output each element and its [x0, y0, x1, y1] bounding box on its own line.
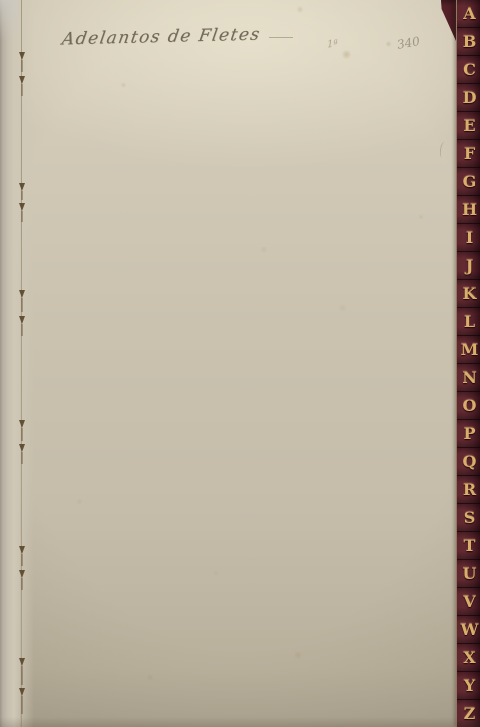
index-tab-letter: K — [463, 286, 477, 302]
index-tab-letter: I — [466, 230, 473, 246]
foxing-stain — [338, 304, 347, 312]
handwritten-title: Adelantos de Fletes — [61, 25, 263, 50]
index-tab-letter: T — [464, 538, 476, 554]
index-tab-e[interactable]: E — [457, 111, 480, 139]
title-flourish-dash — [269, 37, 293, 38]
foxing-stain — [385, 41, 392, 47]
index-tab-l[interactable]: L — [457, 307, 480, 335]
index-tab-letter: C — [463, 62, 476, 78]
pencil-mark-folio-small: 1ª — [327, 39, 339, 51]
index-tab-letter: P — [463, 426, 475, 442]
index-tab-letter: A — [463, 6, 475, 22]
index-tab-x[interactable]: X — [457, 643, 480, 671]
index-tab-h[interactable]: H — [457, 195, 480, 223]
index-tab-g[interactable]: G — [457, 167, 480, 195]
index-tab-r[interactable]: R — [457, 475, 480, 503]
index-tab-t[interactable]: T — [457, 531, 480, 559]
ledger-page-paper — [0, 0, 480, 727]
index-tab-letter: E — [463, 118, 475, 134]
index-tab-m[interactable]: M — [457, 335, 480, 363]
index-tab-i[interactable]: I — [457, 223, 480, 251]
index-tab-p[interactable]: P — [457, 419, 480, 447]
index-tab-letter: Y — [464, 678, 475, 694]
index-tab-letter: D — [463, 90, 477, 106]
index-tab-letter: Q — [463, 454, 477, 470]
foxing-stain — [213, 570, 219, 576]
index-tab-n[interactable]: N — [457, 363, 480, 391]
index-tab-letter: S — [464, 510, 476, 526]
page-heading: Adelantos de Fletes — [62, 27, 293, 47]
index-tab-a[interactable]: A — [457, 0, 480, 27]
index-tab-letter: N — [462, 370, 477, 386]
index-tab-s[interactable]: S — [457, 503, 480, 531]
index-tab-y[interactable]: Y — [457, 671, 480, 699]
scanned-ledger-page: Adelantos de Fletes 1ª 340 ABCDEFGHIJKLM… — [0, 0, 480, 727]
index-tab-f[interactable]: F — [457, 139, 480, 167]
foxing-stain — [76, 498, 83, 505]
index-tab-letter: M — [461, 342, 479, 358]
foxing-stain — [296, 6, 304, 13]
foxing-stain — [418, 214, 424, 220]
foxing-stain — [146, 674, 154, 681]
index-tab-letter: X — [463, 650, 475, 666]
index-tab-o[interactable]: O — [457, 391, 480, 419]
foxing-stain — [260, 246, 268, 253]
index-tab-k[interactable]: K — [457, 279, 480, 307]
foxing-stain — [341, 50, 352, 59]
foxing-stain — [293, 651, 303, 659]
index-tab-j[interactable]: J — [457, 251, 480, 279]
index-tab-u[interactable]: U — [457, 559, 480, 587]
alphabet-index-tabs: ABCDEFGHIJKLMNOPQRSTUVWXYZ — [456, 0, 480, 727]
index-tab-letter: B — [463, 34, 477, 50]
index-tab-letter: F — [464, 146, 475, 162]
index-tab-letter: G — [463, 174, 477, 190]
foxing-stain — [120, 82, 127, 88]
index-tab-letter: U — [463, 566, 477, 582]
index-tab-c[interactable]: C — [457, 55, 480, 83]
index-tab-letter: R — [463, 482, 476, 498]
binding-stitches — [0, 0, 44, 727]
index-tab-letter: O — [463, 398, 477, 414]
index-tab-v[interactable]: V — [457, 587, 480, 615]
index-tab-w[interactable]: W — [457, 615, 480, 643]
index-tab-d[interactable]: D — [457, 83, 480, 111]
index-tab-letter: L — [464, 314, 475, 330]
index-tab-b[interactable]: B — [457, 27, 480, 55]
index-tab-letter: H — [462, 202, 477, 218]
index-tab-letter: J — [466, 258, 474, 274]
index-tab-letter: V — [463, 594, 475, 610]
index-tab-letter: W — [461, 622, 479, 638]
bottom-scan-shadow — [0, 717, 480, 727]
index-tab-q[interactable]: Q — [457, 447, 480, 475]
